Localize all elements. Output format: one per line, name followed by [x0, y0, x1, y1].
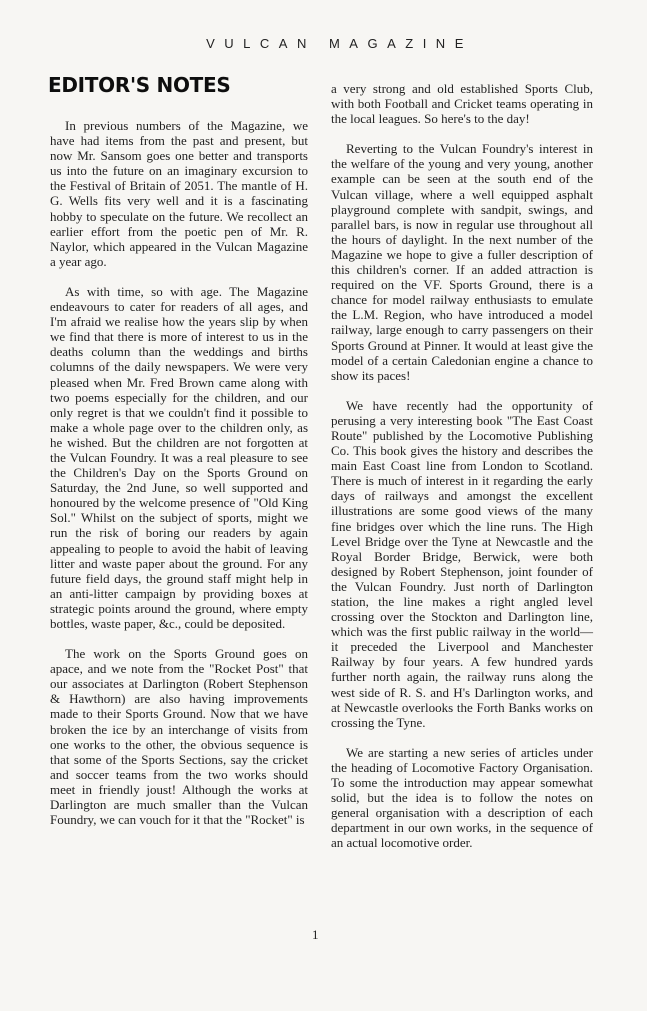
- paragraph: We are starting a new series of articles…: [331, 745, 593, 851]
- article-title: EDITOR'S NOTES: [48, 72, 308, 98]
- paragraph: As with time, so with age. The Magazine …: [50, 284, 308, 631]
- paragraph: We have recently had the opportunity of …: [331, 398, 593, 730]
- paragraph: In previous numbers of the Magazine, we …: [50, 118, 308, 269]
- right-column: a very strong and old established Sports…: [331, 81, 593, 866]
- left-column: EDITOR'S NOTES In previous numbers of th…: [50, 72, 308, 842]
- page-number: 1: [312, 927, 319, 943]
- paragraph: The work on the Sports Ground goes on ap…: [50, 646, 308, 827]
- paragraph: Reverting to the Vulcan Foundry's intere…: [331, 141, 593, 383]
- running-head: VULCAN MAGAZINE: [0, 36, 647, 51]
- paragraph-continuation: a very strong and old established Sports…: [331, 81, 593, 126]
